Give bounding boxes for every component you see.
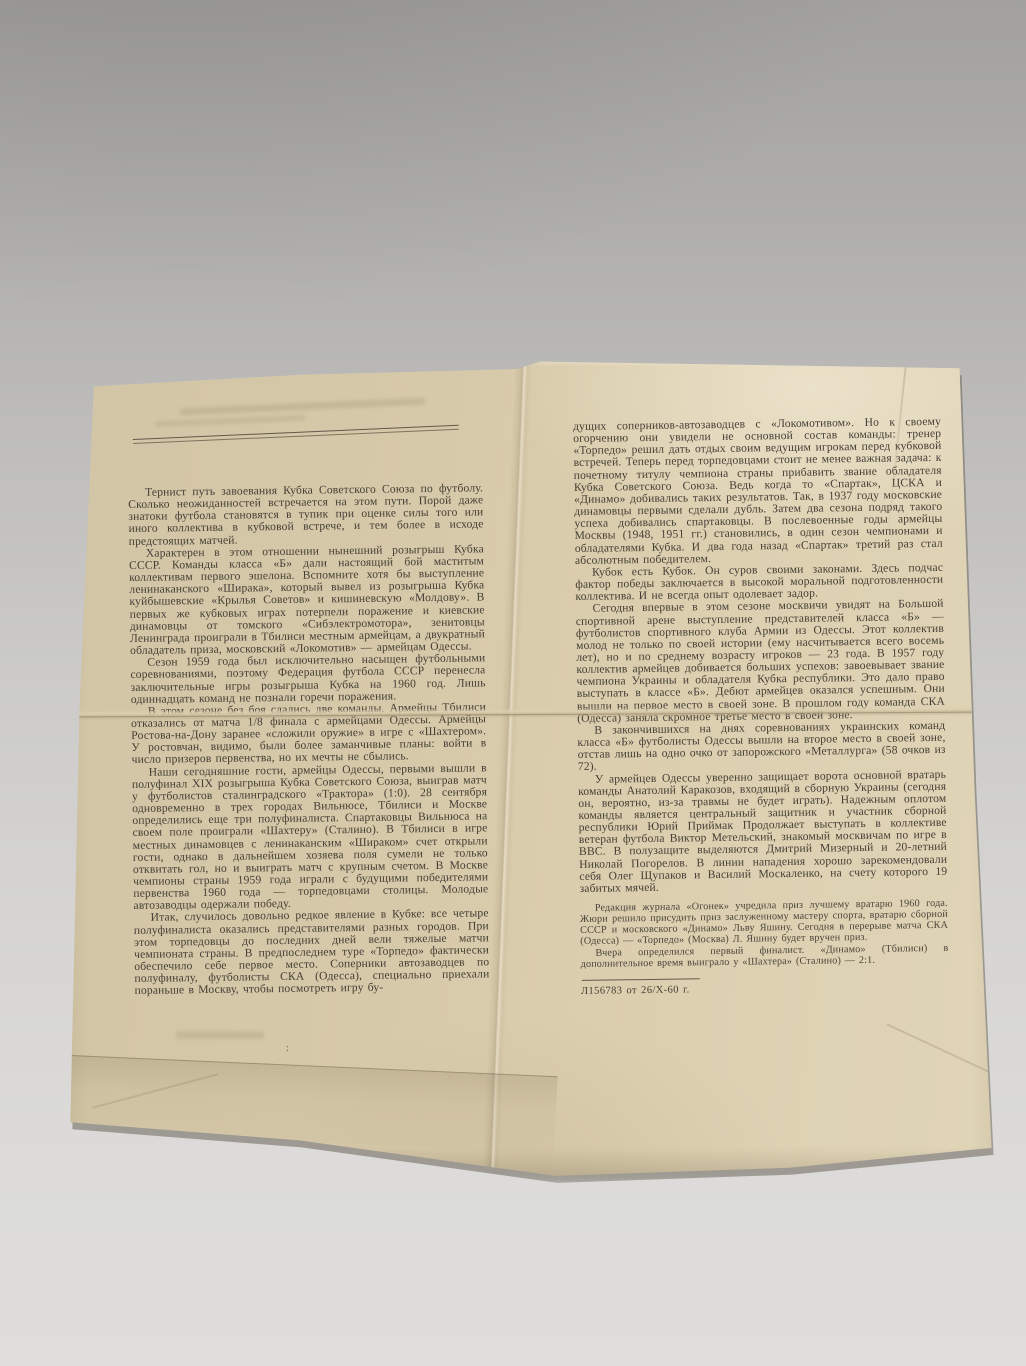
header-rule [133,425,459,444]
editorial-notes: Редакция журнала «Огонек» учредила приз … [580,899,949,971]
back-page-edge [67,1055,558,1152]
paragraph: Тернист путь завоевания Кубка Советского… [128,482,484,547]
paragraph: Наши сегодняшние гости, армейцы Одессы, … [132,762,489,913]
bleedthrough-smudge [155,415,305,428]
imprint-rule [582,978,700,981]
paragraph: Итак, случилось довольно редкое явление … [134,908,490,998]
bleedthrough-smudge [180,398,425,416]
paragraph: В закончившихся на днях соревнованиях ук… [577,720,946,774]
paragraph: Сезон 1959 года был исключительно насыще… [130,653,486,706]
paragraph: дущих соперников-автозаводцев с «Локомот… [573,416,943,567]
crease-line [887,1023,1024,1088]
booklet-sheet: Тернист путь завоевания Кубка Советского… [60,355,1000,1180]
paragraph: Характерен в этом отношении нынешний роз… [129,543,485,657]
left-page: Тернист путь завоевания Кубка Советского… [128,482,490,997]
photo-background: Тернист путь завоевания Кубка Советского… [0,0,1026,1366]
paragraph: Редакция журнала «Огонек» учредила приз … [580,899,949,948]
bleedthrough-smudge [176,1031,264,1039]
fold-mark: : [286,1043,289,1054]
center-fold-crease [481,349,533,1199]
paragraph: У армейцев Одессы уверенно защищает воро… [578,768,948,895]
paragraph: Вчера определился первый финалист. «Дина… [580,944,948,971]
print-code: Л156783 от 26/X-60 г. [581,980,949,997]
